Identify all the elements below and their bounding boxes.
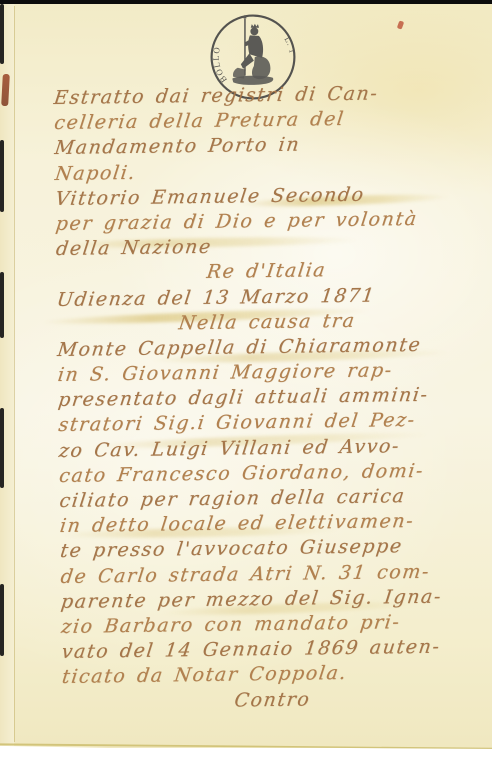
manuscript-page: BOLLO L. 1 Estratto dai registri di Can-… xyxy=(0,0,492,748)
scan-edge-left xyxy=(0,140,4,212)
stamp-left-text: BOLLO xyxy=(211,45,229,84)
scan-edge-left xyxy=(0,4,4,64)
seated-figure-icon xyxy=(232,15,273,85)
scan-edge-left xyxy=(0,584,4,656)
page-fold-line xyxy=(14,6,15,742)
stamp-right-text: L. 1 xyxy=(283,35,297,54)
red-ink-speck xyxy=(397,20,404,29)
manuscript-line: Contro xyxy=(61,685,484,716)
scan-edge-left xyxy=(0,272,4,338)
scanned-document: BOLLO L. 1 Estratto dai registri di Can-… xyxy=(0,0,492,760)
scan-edge-left xyxy=(0,408,4,488)
handwritten-text: Estratto dai registri di Can- celleria d… xyxy=(52,80,481,715)
scan-edge-top xyxy=(0,0,492,4)
